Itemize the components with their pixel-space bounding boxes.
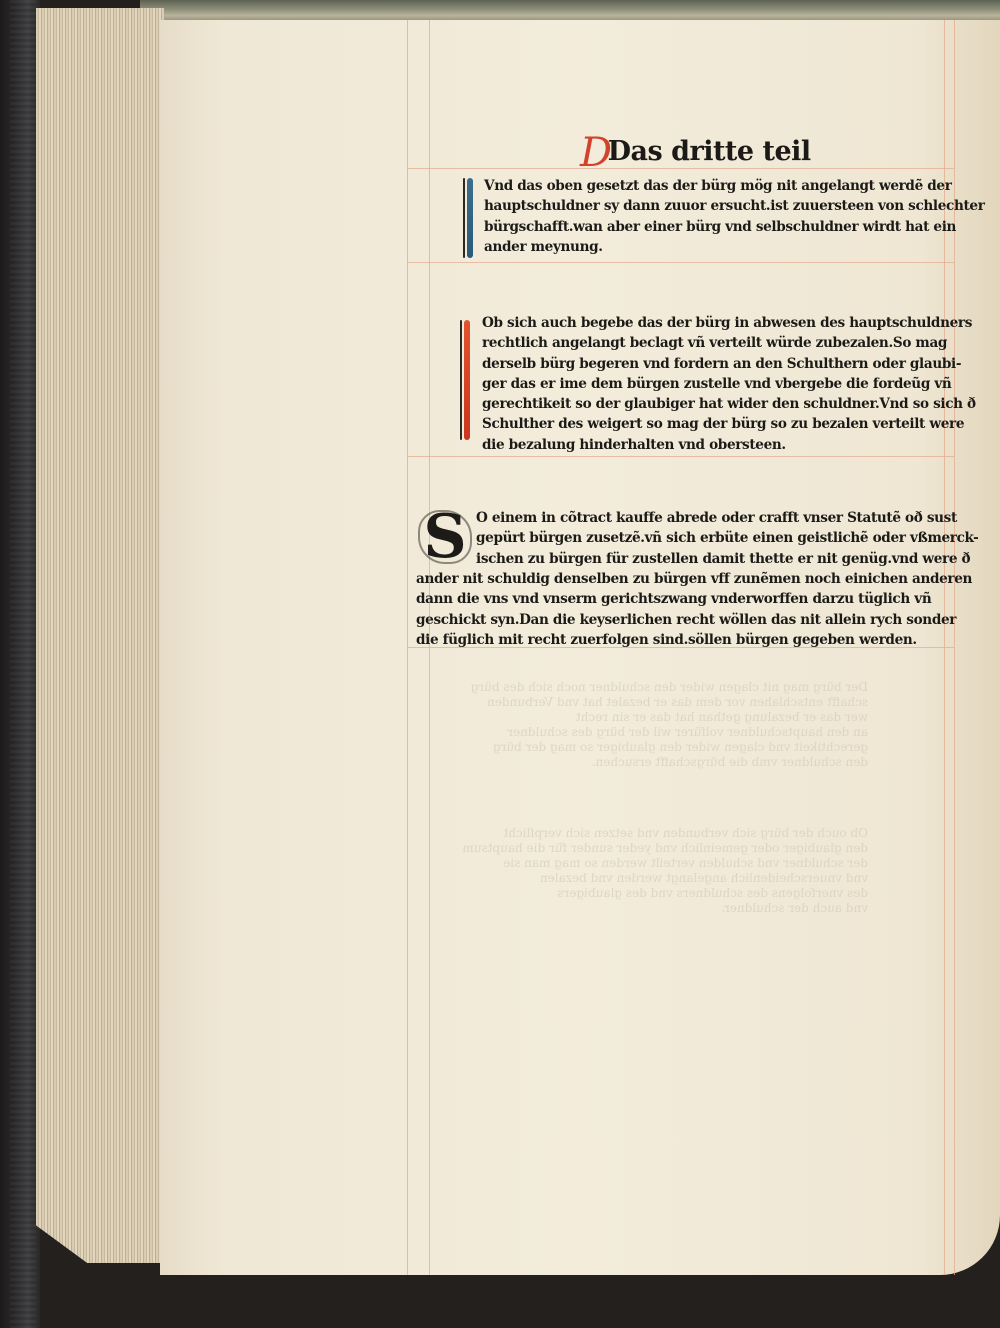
decorated-initial-S: S (416, 508, 474, 566)
paragraph-line: O einem in cõtract kauffe abrede oder cr… (476, 508, 936, 528)
rubric-initial-mark: D (580, 130, 612, 176)
paragraph-line: dann die vns vnd vnserm gerichtszwang vn… (416, 589, 936, 609)
paragraph-line: gerechtikeit so der glaubiger hat wider … (482, 394, 944, 414)
paragraph-line: derselb bürg begeren vnd fordern an den … (482, 354, 944, 374)
show-through-text-2: Ob ouch der bürg sich verbunden vnd setz… (418, 826, 868, 916)
paragraph-line: ger das er ime dem bürgen zustelle vnd v… (482, 374, 944, 394)
ruling-line-block1 (407, 262, 954, 263)
ruling-line-block2 (407, 456, 954, 457)
page-stack-edge (36, 8, 164, 1263)
paragraph-2: Ob sich auch begebe das der bürg in abwe… (482, 313, 944, 455)
paragraph-line: Ob sich auch begebe das der bürg in abwe… (482, 313, 944, 333)
paragraph-line: ander meynung. (484, 237, 944, 257)
paragraph-line: die bezalung hinderhalten vnd obersteen. (482, 435, 944, 455)
paragraph-3-head: O einem in cõtract kauffe abrede oder cr… (476, 508, 936, 569)
rubric-initial-blue (467, 178, 473, 258)
section-heading: DDas dritte teil (580, 124, 811, 170)
show-through-text-1: Der bürg mag nit clagen wider den schuld… (418, 680, 868, 770)
paragraph-line: bürgschafft.wan aber einer bürg vnd selb… (484, 217, 944, 237)
paragraph-line: die füglich mit recht zuerfolgen sind.sö… (416, 630, 936, 650)
paragraph-3-body: ander nit schuldig denselben zu bürgen v… (416, 569, 936, 650)
paragraph-line: ander nit schuldig denselben zu bürgen v… (416, 569, 936, 589)
heading-text: Das dritte teil (608, 136, 811, 167)
paragraph-line: geschickt syn.Dan die keyserlichen recht… (416, 610, 936, 630)
rubric-initial-red (464, 320, 470, 440)
paragraph-line: rechtlich angelangt beclagt vñ verteilt … (482, 333, 944, 353)
paragraph-1: Vnd das oben gesetzt das der bürg mög ni… (484, 176, 944, 257)
paragraph-line: Vnd das oben gesetzt das der bürg mög ni… (484, 176, 944, 196)
paragraph-line: Schulther des weigert so mag der bürg so… (482, 414, 944, 434)
paragraph-line: hauptschuldner sy dann zuuor ersucht.ist… (484, 196, 944, 216)
paragraph-line: gepürt bürgen zusetzẽ.vñ sich erbüte ein… (476, 528, 936, 548)
book-binding (0, 0, 40, 1328)
paragraph-line: ischen zu bürgen für zustellen damit the… (476, 549, 936, 569)
